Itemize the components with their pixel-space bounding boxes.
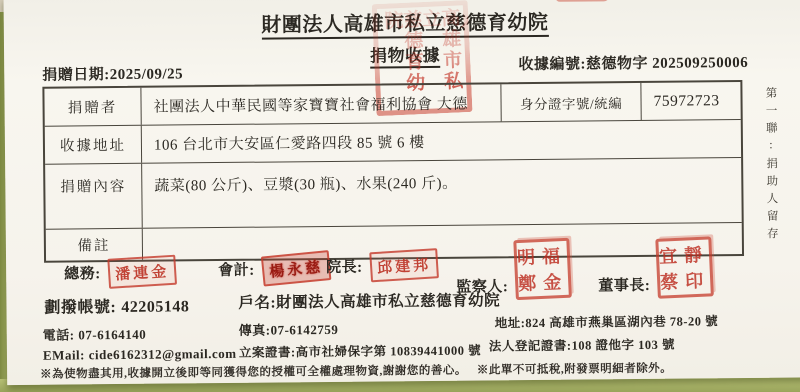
id-number-value: 75972723	[640, 82, 740, 120]
footnote-authorization: ※為使物盡其用,收據開立後即等同獲得您的授權可全權處理物資,謝謝您的善心。	[40, 365, 467, 381]
donor-value: 社團法人中華民國等家寶寶社會福利協會 大德	[141, 84, 500, 124]
donation-date-line: 捐贈日期:2025/09/25	[42, 62, 183, 84]
fax-line: 傳真:07-6142759	[239, 319, 339, 339]
accountant-label: 會計:	[218, 258, 255, 279]
receipt-table: 捐贈者 社團法人中華民國等家寶寶社會福利協會 大德 身分證字號/統編 75972…	[42, 80, 744, 263]
general-affairs-name-stamp: 潘連金	[107, 255, 177, 289]
giro-account-line: 劃撥帳號: 42205148	[44, 293, 189, 317]
chairman-seal-char: 靜印	[683, 239, 710, 294]
officer-accountant: 會計: 楊永慈	[218, 253, 330, 284]
receipt-number-value: 慈德物字 202509250006	[586, 55, 748, 73]
receipt-address-value: 106 台北市大安區仁愛路四段 85 號 6 樓	[142, 120, 741, 163]
license-number-line: 立案證書:高市社婦保字第 10839441000 號	[239, 341, 481, 361]
copy-designation-vertical-note: 第一聯:捐助人留存	[762, 87, 780, 245]
accountant-name-stamp: 楊永慈	[260, 250, 331, 286]
receipt-address-label: 收據地址	[45, 126, 142, 164]
supervisor-seal-char: 明鄭	[516, 242, 543, 297]
table-row-donor: 捐贈者 社團法人中華民國等家寶寶社會福利協會 大德 身分證字號/統編 75972…	[44, 82, 740, 126]
phone-line: 電話: 07-6164140	[43, 324, 147, 344]
table-row-address: 收據地址 106 台北市大安區仁愛路四段 85 號 6 樓	[45, 119, 741, 164]
receipt-number-line: 收據編號:慈德物字 202509250006	[518, 51, 748, 74]
footnotes: ※為使物盡其用,收據開立後即等同獲得您的授權可全權處理物資,謝謝您的善心。※此單…	[40, 360, 672, 382]
chairman-seal-char: 宜蔡	[658, 241, 685, 296]
receipt-paper: 財團法人高雄市私立慈德育幼院 捐物收據 慈德育幼院 高雄市私立 財團法人 捐贈日…	[4, 0, 800, 385]
email-line: EMail: cide6162312@gmail.com	[43, 346, 237, 364]
footnote-tax: ※此單不可抵稅,附發票明細者除外。	[477, 363, 672, 377]
chairman-label: 董事長:	[598, 273, 650, 294]
donor-label: 捐贈者	[44, 88, 141, 126]
donation-content-value: 蔬菜(80 公斤)、豆漿(30 瓶)、水果(240 斤)。	[142, 158, 742, 228]
table-row-content: 捐贈內容 蔬菜(80 公斤)、豆漿(30 瓶)、水果(240 斤)。	[45, 157, 742, 229]
account-name-label: 戶名:	[238, 294, 276, 311]
officer-chairman: 董事長: 宜蔡靜印	[598, 253, 714, 314]
officer-director: 院長: 邱建邦	[326, 250, 438, 281]
donation-date-label: 捐贈日期:	[42, 67, 110, 84]
director-name-stamp: 邱建邦	[369, 248, 439, 282]
giro-account-label: 劃撥帳號:	[44, 299, 116, 317]
org-address-line: 地址:824 高雄市燕巢區湖內巷 78-20 號	[495, 311, 719, 331]
stamp-smudge-top	[555, 0, 610, 2]
registration-number-line: 法人登記證書:108 證他字 103 號	[489, 335, 675, 355]
donation-date-value: 2025/09/25	[110, 66, 183, 83]
giro-account-value: 42205148	[121, 298, 189, 316]
account-name-value: 財團法人高雄市私立慈德育幼院	[276, 292, 500, 311]
donation-content-label: 捐贈內容	[45, 164, 143, 229]
id-number-label: 身分證字號/統編	[500, 83, 640, 121]
supervisor-seal-char: 福金	[541, 241, 568, 296]
supervisor-seal: 明鄭福金	[513, 238, 572, 300]
general-affairs-label: 總務:	[64, 262, 101, 283]
account-name-line: 戶名:財團法人高雄市私立慈德育幼院	[238, 288, 500, 313]
officer-general-affairs: 總務: 潘連金	[64, 256, 176, 287]
receipt-number-label: 收據編號:	[518, 56, 586, 73]
chairman-seal: 宜蔡靜印	[655, 236, 714, 298]
director-label: 院長:	[326, 255, 363, 276]
